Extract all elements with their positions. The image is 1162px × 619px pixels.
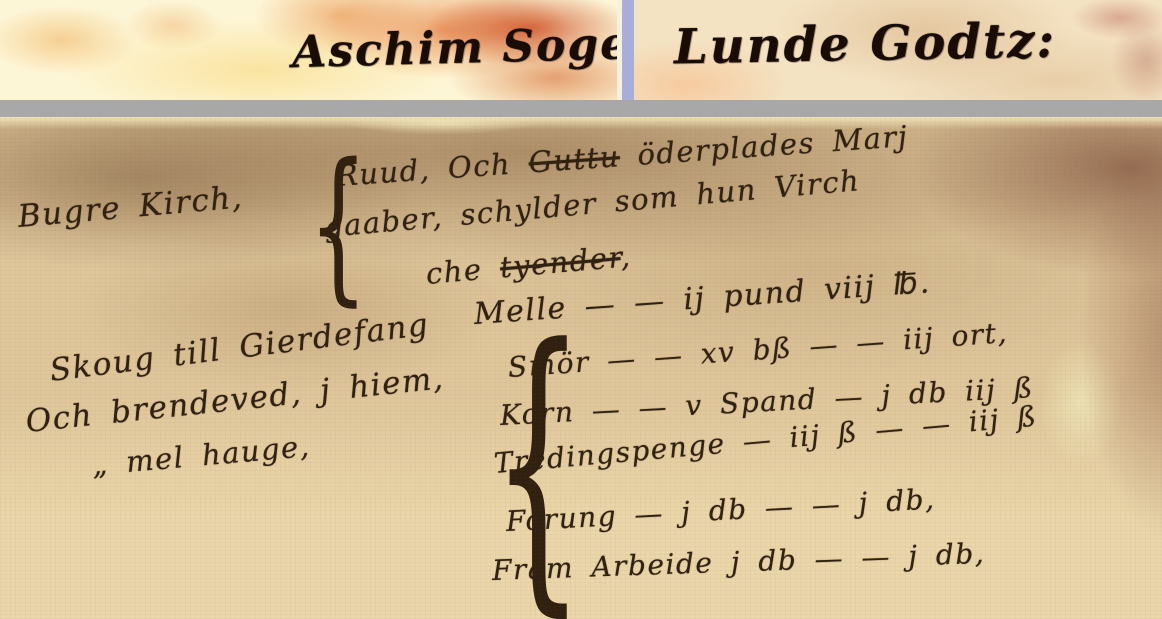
fragment-divider xyxy=(622,0,634,100)
entry1-line-3-post: , xyxy=(619,239,633,274)
manuscript-scan: Aschim Sogen, Lunde Godtz: Bugre Kirch, … xyxy=(0,0,1162,619)
entry1-label: Bugre Kirch, xyxy=(16,179,244,235)
entry1-line-3: che tyender, xyxy=(425,239,633,291)
entry1-line-3-struck: tyender xyxy=(499,240,622,284)
entry2-label-line-3: „ mel hauge, xyxy=(91,429,312,482)
entry1-line-1-struck: Guttu xyxy=(527,139,620,179)
header-fragment-lunde: Lunde Godtz: xyxy=(634,0,1162,100)
header-fragment-aschim: Aschim Sogen, xyxy=(0,0,622,100)
ledger-page: Bugre Kirch, { Ruud, Och Guttu öderplade… xyxy=(0,117,1162,619)
ledger-row-forung: Forung — j db — — j db, xyxy=(505,483,936,538)
entry1-line-3-pre: che xyxy=(425,251,502,291)
scan-gap-band xyxy=(0,100,1162,117)
header-title-lunde: Lunde Godtz: xyxy=(674,13,1057,76)
header-title-aschim: Aschim Sogen, xyxy=(291,17,622,78)
ledger-row-framarbeide: Fram Arbeide j db — — j db, xyxy=(491,537,985,587)
header-strip: Aschim Sogen, Lunde Godtz: xyxy=(0,0,1162,100)
ledger-row-smor: Smör — — xv bß — — iij ort, xyxy=(507,316,1009,384)
entry1-line-1-pre: Ruud, Och xyxy=(335,146,530,193)
entry1-line-1-post: öderplades Marj xyxy=(619,119,910,173)
